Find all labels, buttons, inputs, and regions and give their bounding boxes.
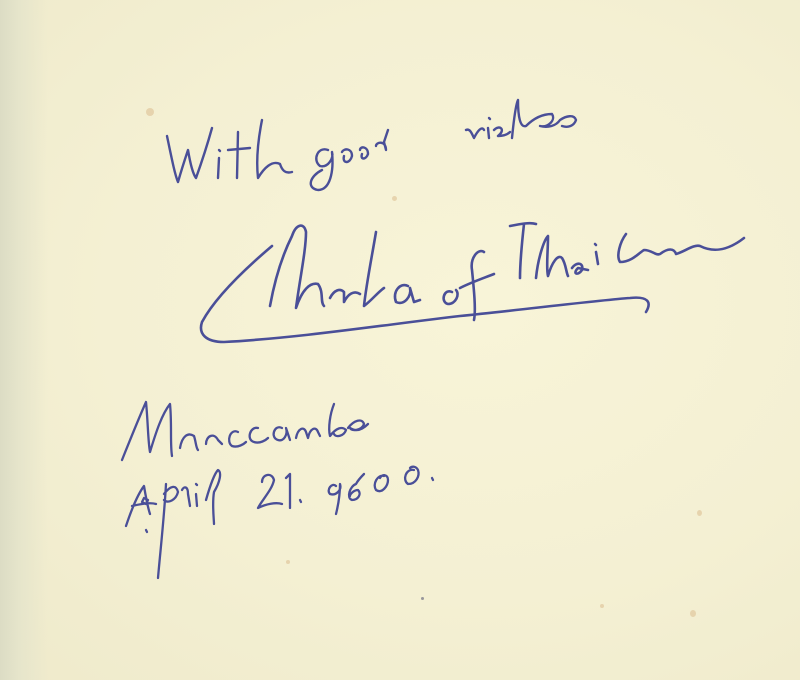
handwriting-strokes <box>0 0 800 680</box>
autograph-page: With good wishes Chula of Thailand Morec… <box>0 0 800 680</box>
place-handwriting <box>122 402 368 460</box>
date-handwriting <box>126 467 433 578</box>
signature-handwriting <box>201 223 744 342</box>
greeting-handwriting <box>167 100 576 190</box>
